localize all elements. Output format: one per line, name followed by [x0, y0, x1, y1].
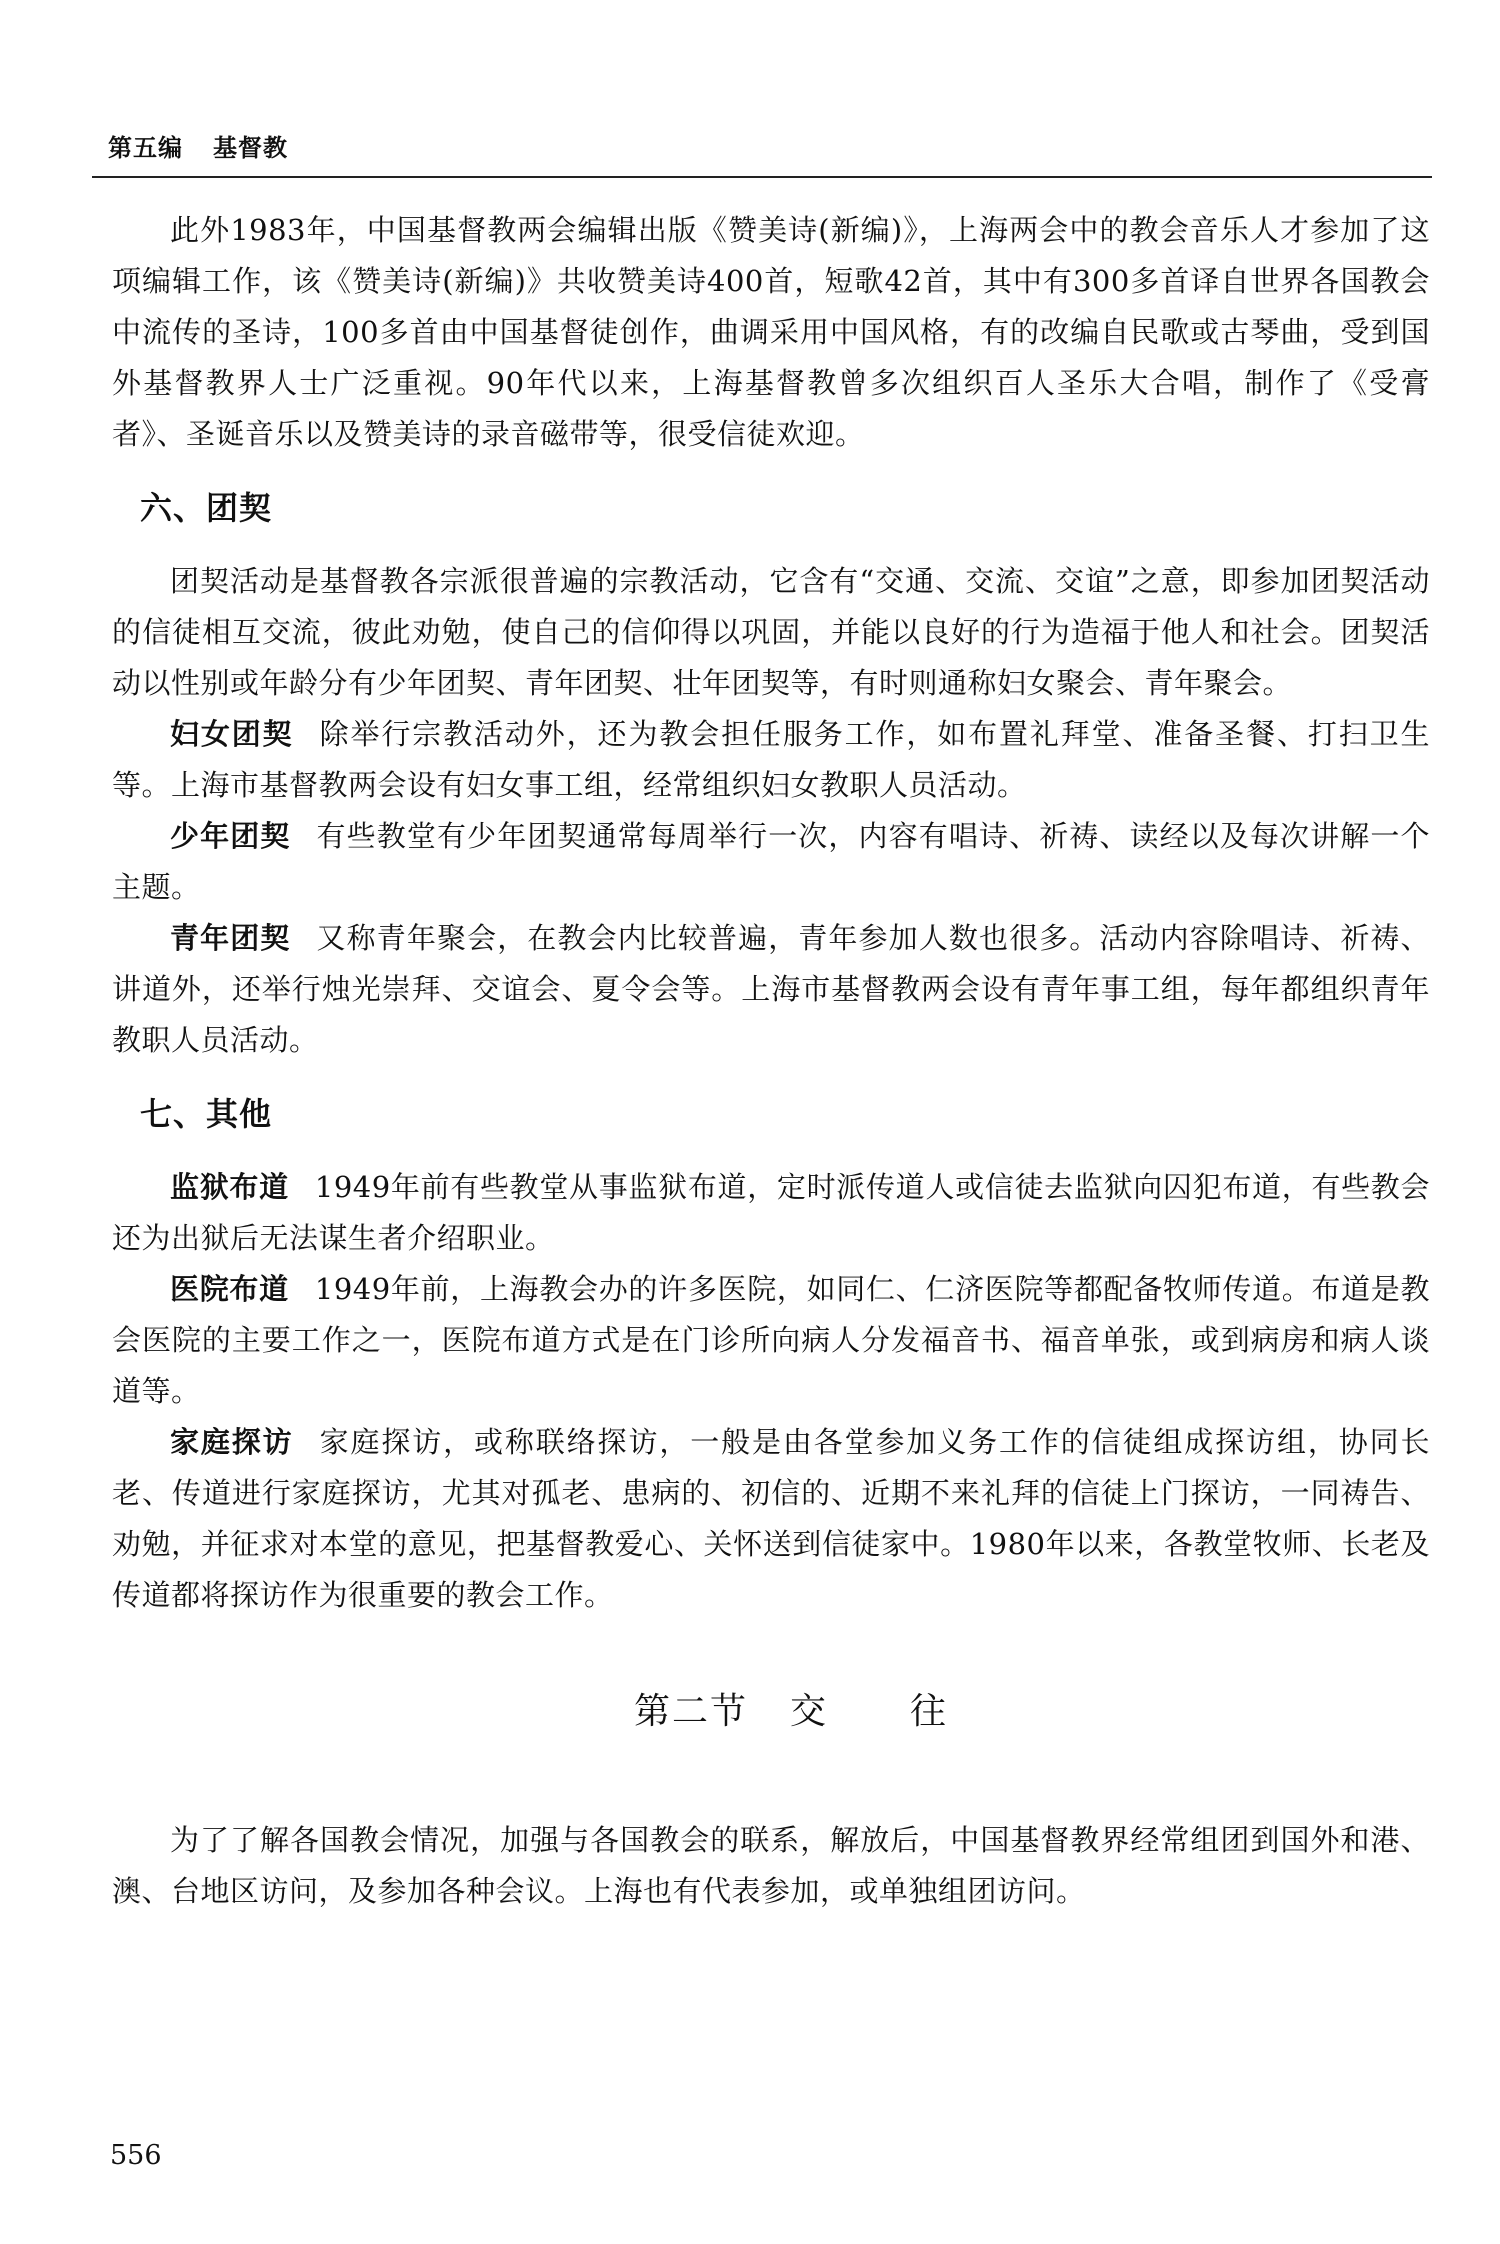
intro-paragraph: 此外1983年，中国基督教两会编辑出版《赞美诗(新编)》，上海两会中的教会音乐人… — [112, 205, 1430, 460]
closing-paragraph: 为了了解各国教会情况，加强与各国教会的联系，解放后，中国基督教界经常组团到国外和… — [112, 1815, 1430, 1917]
item-text: 除举行宗教活动外，还为教会担任服务工作，如布置礼拜堂、准备圣餐、打扫卫生等。上海… — [112, 717, 1430, 802]
item-text: 有些教堂有少年团契通常每周举行一次，内容有唱诗、祈祷、读经以及每次讲解一个主题。 — [112, 819, 1430, 904]
item-text: 1949年前，上海教会办的许多医院，如同仁、仁济医院等都配备牧师传道。布道是教会… — [112, 1272, 1430, 1408]
item-home-visits: 家庭探访家庭探访，或称联络探访，一般是由各堂参加义务工作的信徒组成探访组，协同长… — [112, 1417, 1430, 1621]
section-6-intro: 团契活动是基督教各宗派很普遍的宗教活动，它含有“交通、交流、交谊”之意，即参加团… — [112, 556, 1430, 709]
running-head: 第五编基督教 — [108, 128, 288, 163]
item-term: 医院布道 — [170, 1272, 289, 1306]
item-womens-fellowship: 妇女团契除举行宗教活动外，还为教会担任服务工作，如布置礼拜堂、准备圣餐、打扫卫生… — [112, 709, 1430, 811]
item-term: 少年团契 — [170, 819, 290, 853]
page-number: 556 — [110, 2140, 162, 2171]
item-text: 1949年前有些教堂从事监狱布道，定时派传道人或信徒去监狱向囚犯布道，有些教会还… — [112, 1170, 1430, 1255]
item-text: 家庭探访，或称联络探访，一般是由各堂参加义务工作的信徒组成探访组，协同长老、传道… — [112, 1425, 1430, 1612]
item-youth-fellowship-junior: 少年团契有些教堂有少年团契通常每周举行一次，内容有唱诗、祈祷、读经以及每次讲解一… — [112, 811, 1430, 913]
item-term: 青年团契 — [170, 921, 290, 955]
section-title-char-1: 交 — [790, 1691, 828, 1732]
heading-section-7: 七、其他 — [112, 1092, 1430, 1136]
page-body: 此外1983年，中国基督教两会编辑出版《赞美诗(新编)》，上海两会中的教会音乐人… — [112, 205, 1430, 1917]
item-prison-ministry: 监狱布道1949年前有些教堂从事监狱布道，定时派传道人或信徒去监狱向囚犯布道，有… — [112, 1162, 1430, 1264]
item-hospital-ministry: 医院布道1949年前，上海教会办的许多医院，如同仁、仁济医院等都配备牧师传道。布… — [112, 1264, 1430, 1417]
item-term: 家庭探访 — [170, 1425, 294, 1459]
item-youth-fellowship: 青年团契又称青年聚会，在教会内比较普遍，青年参加人数也很多。活动内容除唱诗、祈祷… — [112, 913, 1430, 1066]
header-rule — [92, 176, 1432, 178]
section-title-char-2: 往 — [910, 1691, 948, 1732]
running-head-title: 基督教 — [213, 134, 288, 162]
heading-section-6: 六、团契 — [112, 486, 1430, 530]
item-text: 又称青年聚会，在教会内比较普遍，青年参加人数也很多。活动内容除唱诗、祈祷、讲道外… — [112, 921, 1430, 1057]
item-term: 妇女团契 — [170, 717, 294, 751]
running-head-part: 第五编 — [108, 134, 183, 162]
section-title: 第二节交往 — [112, 1687, 1430, 1737]
section-number: 第二节 — [634, 1691, 748, 1732]
item-term: 监狱布道 — [170, 1170, 289, 1204]
